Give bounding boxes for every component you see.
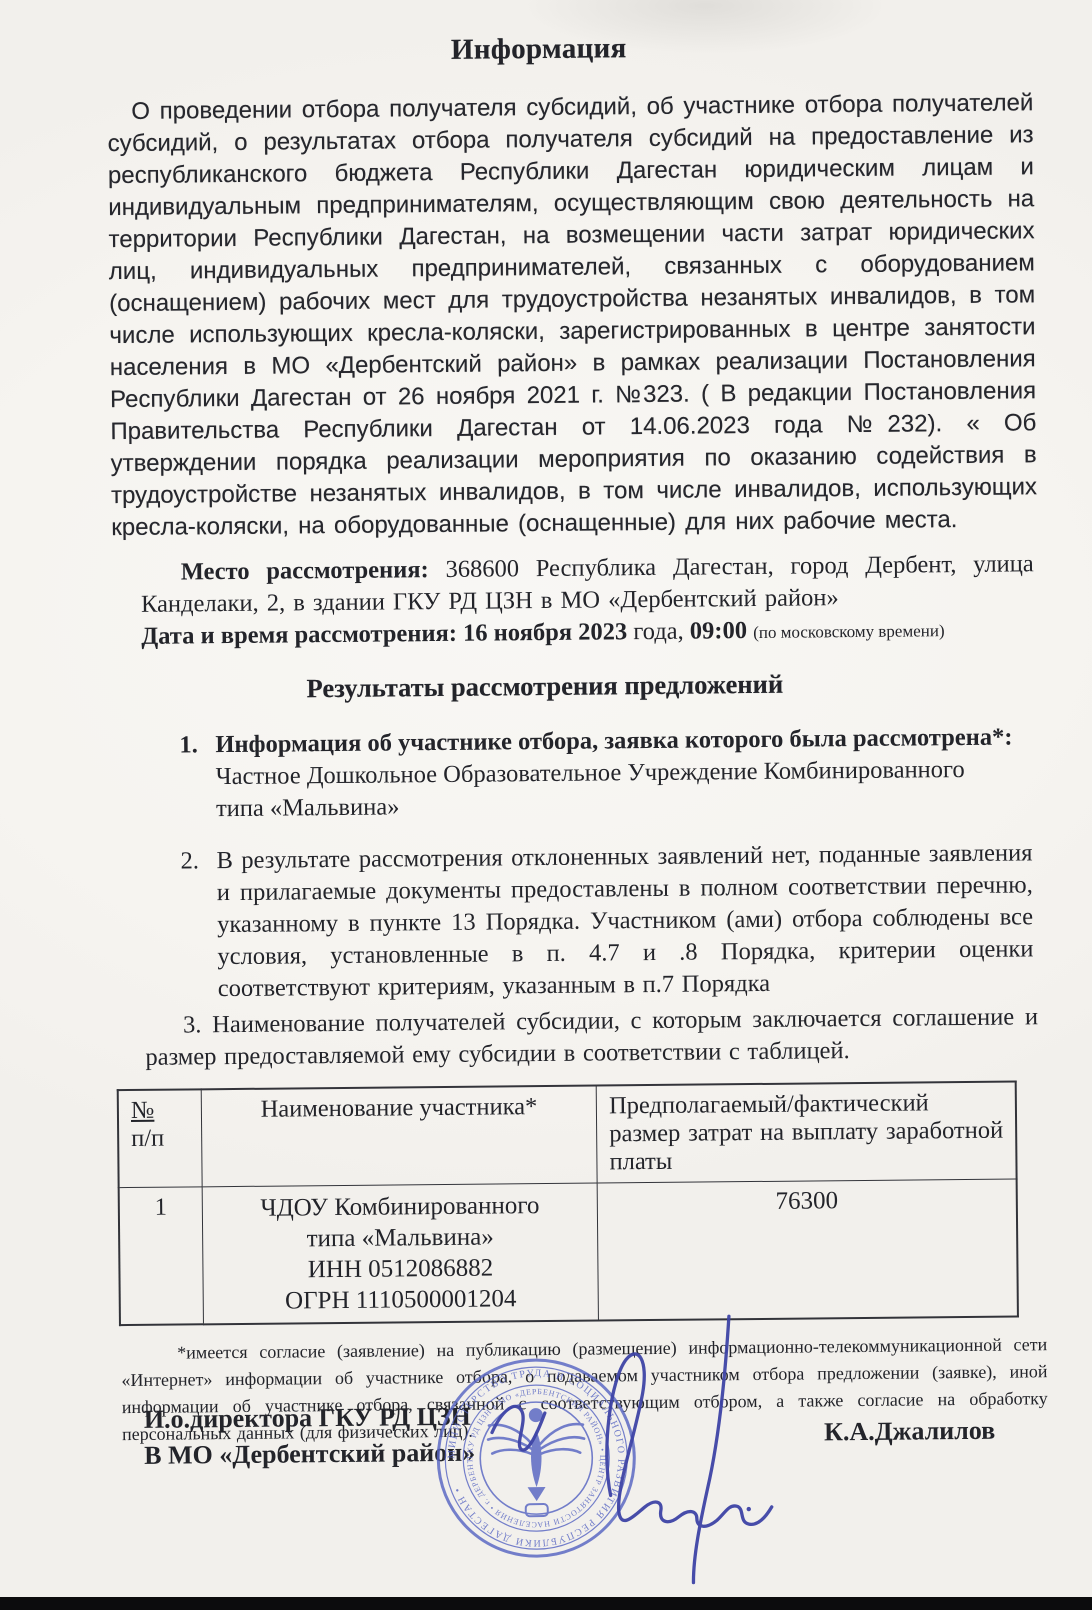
seal-coat-of-arms-icon	[488, 1408, 585, 1517]
review-place: Место рассмотрения: 368600 Республика Да…	[141, 548, 1035, 621]
list-item-2-text: В результате рассмотрения отклоненных за…	[216, 837, 1033, 1005]
review-date-value: 16 ноября 2023	[457, 618, 634, 647]
results-table-wrapper: № п/п Наименование участника* Предполага…	[117, 1080, 1019, 1326]
results-list: 1. Информация об участнике отбора, заявк…	[179, 721, 1034, 1005]
official-seal-icon: МИНИСТЕРСТВО ТРУДА И СОЦИАЛЬНОГО РАЗВИТИ…	[395, 1296, 635, 1558]
list-item-2-number: 2.	[180, 845, 218, 1005]
seal-and-signature-overlay: МИНИСТЕРСТВО ТРУДА И СОЦИАЛЬНОГО РАЗВИТИ…	[395, 1296, 798, 1605]
results-table: № п/п Наименование участника* Предполага…	[117, 1080, 1019, 1326]
signatory-name: К.А.Джалилов	[824, 1416, 995, 1448]
table-header-row: № п/п Наименование участника* Предполага…	[118, 1082, 1017, 1188]
results-section-title: Результаты рассмотрения предложений	[0, 666, 1091, 707]
list-item-1-heading: Информация об участнике отбора, заявка к…	[215, 724, 1012, 759]
scanned-sheet: Информация О проведении отбора получател…	[0, 0, 1092, 1610]
list-item-2: 2. В результате рассмотрения отклоненных…	[180, 837, 1033, 1005]
table-header-number: № п/п	[118, 1089, 202, 1187]
review-time-value: 09:00	[690, 617, 754, 645]
participant-inn: ИНН 0512086882	[215, 1252, 585, 1287]
scan-edge-bar	[0, 1597, 1092, 1610]
review-datetime: Дата и время рассмотрения: 16 ноября 202…	[141, 612, 1034, 655]
seal-middle-ring-text: ГКУ РД ЦЗН в МО «ДЕРБЕНТСКИЙ РАЙОН» • ЦЕ…	[395, 1296, 608, 1531]
review-timezone-note: (по московскому времени)	[753, 621, 945, 642]
table-cell-rownum: 1	[119, 1187, 204, 1325]
participant-name-line2: типа «Мальвина»	[216, 785, 1032, 825]
participant-abbr-line1: ЧДОУ Комбинированного	[215, 1190, 585, 1225]
participant-abbr-line2: типа «Мальвина»	[215, 1221, 585, 1256]
document-page: Информация О проведении отбора получател…	[0, 0, 1092, 1610]
list-item-1: 1. Информация об участнике отбора, заявк…	[179, 721, 1032, 825]
review-details: Место рассмотрения: 368600 Республика Да…	[141, 548, 1035, 655]
list-item-3-text: 3. Наименование получателей субсидии, с …	[145, 1001, 1039, 1074]
review-date-word: года,	[633, 618, 690, 646]
table-header-number-sign: №	[131, 1096, 189, 1125]
review-date-label: Дата и время рассмотрения:	[141, 620, 457, 650]
table-header-number-sub: п/п	[131, 1124, 189, 1153]
review-place-label: Место рассмотрения:	[181, 556, 429, 585]
intro-paragraph: О проведении отбора получателя субсидий,…	[107, 87, 1037, 544]
list-item-1-number: 1.	[179, 729, 216, 825]
table-header-amount: Предполагаемый/фактический размер затрат…	[596, 1082, 1016, 1184]
svg-text:ГКУ РД ЦЗН в МО «ДЕРБЕНТСКИЙ Р: ГКУ РД ЦЗН в МО «ДЕРБЕНТСКИЙ РАЙОН» • ЦЕ…	[395, 1296, 608, 1531]
table-header-participant: Наименование участника*	[201, 1086, 597, 1187]
page-title: Информация	[0, 28, 1085, 71]
list-item-1-body: Информация об участнике отбора, заявка к…	[215, 721, 1032, 825]
